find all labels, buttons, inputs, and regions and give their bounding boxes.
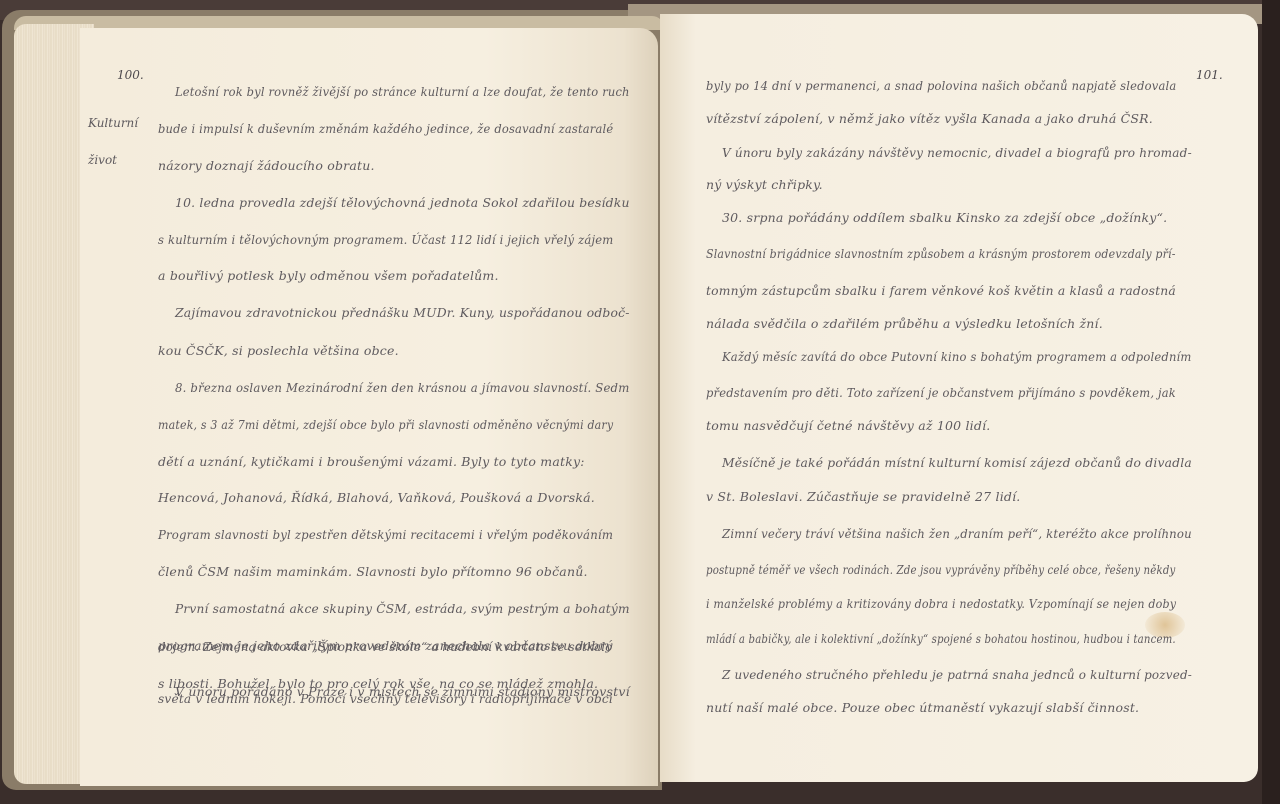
handwritten-line: Hencová, Johanová, Řídká, Blahová, Vaňko… — [158, 490, 595, 505]
handwritten-line: mládí a babičky, ale i kolektivní „dožín… — [706, 631, 1176, 646]
handwritten-line: tomu nasvědčují četné návštěvy až 100 li… — [706, 418, 990, 433]
margin-note: život — [88, 153, 117, 167]
handwritten-line: a bouřlivý potlesk byly odměnou všem poř… — [158, 268, 499, 283]
handwritten-line: Letošní rok byl rovněž živější po stránc… — [175, 84, 630, 99]
handwritten-line: byly po 14 dní v permanenci, a snad polo… — [706, 78, 1176, 93]
handwritten-line: představením pro děti. Toto zařízení je … — [706, 385, 1176, 400]
handwritten-line: tomným zástupcům sbalku i farem věnkové … — [706, 283, 1176, 298]
handwritten-line: bude i impulsí k duševním změnám každého… — [158, 121, 613, 136]
handwritten-line: i manželské problémy a kritizovány dobra… — [706, 596, 1176, 611]
handwritten-line: názory doznají žádoucího obratu. — [158, 158, 375, 173]
handwritten-line: Program slavnosti byl zpestřen dětskými … — [158, 527, 613, 542]
handwritten-line: nálada svědčila o zdařilém průběhu a výs… — [706, 316, 1103, 331]
handwritten-line: kou ČSČK, si poslechla většina obce. — [158, 343, 399, 358]
handwritten-line: Z uvedeného stručného přehledu je patrná… — [722, 667, 1192, 682]
handwritten-line: vítězství zápolení, v němž jako vítěz vy… — [706, 111, 1153, 126]
handwritten-line: Zajímavou zdravotnickou přednášku MUDr. … — [175, 305, 630, 320]
page-number-left: 100. — [117, 68, 144, 82]
handwritten-line: s kulturním i tělovýchovným programem. Ú… — [158, 232, 613, 247]
handwritten-line: 8. března oslaven Mezinárodní žen den kr… — [175, 380, 629, 395]
handwritten-line: dojem. Zejména aktovka „Špionka ve škole… — [158, 639, 613, 654]
handwritten-line: V únoru byly zakázány návštěvy nemocnic,… — [722, 145, 1192, 160]
handwritten-line: ný výskyt chřipky. — [706, 177, 823, 192]
handwritten-line: Zimní večery tráví většina našich žen „d… — [722, 526, 1192, 541]
handwritten-line: světa v ledním hokeji. Pomocí všechny te… — [158, 691, 613, 706]
handwritten-line: 30. srpna pořádány oddílem sbalku Kinsko… — [722, 210, 1167, 225]
handwritten-line: v St. Boleslavi. Zúčastňuje se pravideln… — [706, 489, 1020, 504]
handwritten-line: dětí a uznání, kytičkami i broušenými vá… — [158, 454, 585, 469]
handwritten-line: matek, s 3 až 7mi dětmi, zdejší obce byl… — [158, 417, 613, 432]
handwritten-line: postupně téměř ve všech rodinách. Zde js… — [706, 562, 1175, 577]
margin-note: Kulturní — [88, 116, 138, 130]
handwritten-line: Slavnostní brigádnice slavnostním způsob… — [706, 246, 1176, 261]
handwritten-line: Každý měsíc zavítá do obce Putovní kino … — [722, 349, 1192, 364]
handwritten-line: 10. ledna provedla zdejší tělovýchovná j… — [175, 195, 630, 210]
background-right-edge — [1262, 0, 1280, 804]
page-number-right: 101. — [1196, 68, 1223, 82]
left-page — [80, 28, 658, 786]
handwritten-line: Měsíčně je také pořádán místní kulturní … — [722, 455, 1192, 470]
handwritten-line: nutí naší malé obce. Pouze obec útmaněst… — [706, 700, 1139, 715]
handwritten-line: První samostatná akce skupiny ČSM, estrá… — [175, 601, 630, 616]
handwritten-line: členů ČSM našim maminkám. Slavnosti bylo… — [158, 564, 588, 579]
